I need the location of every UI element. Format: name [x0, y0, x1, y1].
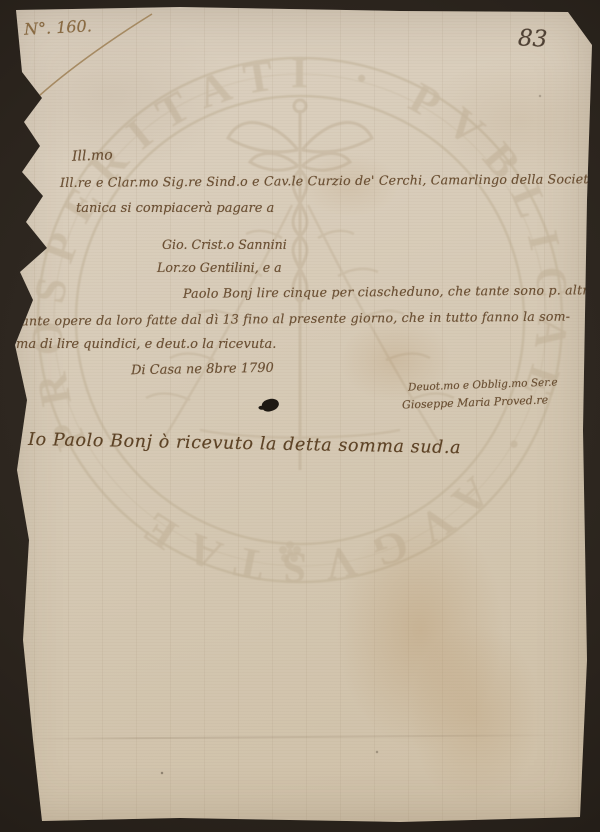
manuscript-line-payee: Lor.zo Gentilini, e a	[157, 260, 282, 275]
signature-name: Gioseppe Maria Proved.re	[402, 393, 549, 411]
receipt-acknowledgement-line: Io Paolo Bonj ò ricevuto la detta somma …	[28, 430, 462, 458]
paper-stains	[0, 0, 600, 832]
archival-number: N°. 160.	[24, 16, 93, 39]
manuscript-line: tante opere da loro fatte dal dì 13 fino…	[16, 309, 570, 329]
paper-crease	[30, 734, 570, 740]
dateline: Di Casa ne 8bre 1790	[131, 361, 274, 378]
photograph-background: PROSPERITATI · PVBLICAE · AVGVSTAE	[0, 0, 600, 832]
manuscript-line: tanica si compiacerà pagare a	[76, 201, 274, 216]
manuscript-line-payee: Gio. Crist.o Sannini	[162, 237, 287, 252]
signature-titles: Deuot.mo e Obblig.mo Ser.e	[408, 376, 558, 393]
folio-number: 83	[517, 25, 548, 52]
salutation-abbreviation: Ill.mo	[72, 147, 113, 164]
manuscript-paper-sheet: PROSPERITATI · PVBLICAE · AVGVSTAE	[0, 0, 600, 832]
ink-blot	[261, 397, 281, 414]
manuscript-line: Paolo Bonj lire cinque per ciascheduno, …	[183, 282, 600, 301]
manuscript-line: Ill.re e Clar.mo Sig.re Sind.o e Cav.le …	[60, 171, 600, 190]
rosette-icon	[279, 541, 301, 562]
manuscript-line: ma di lire quindici, e deut.o la ricevut…	[16, 337, 276, 352]
